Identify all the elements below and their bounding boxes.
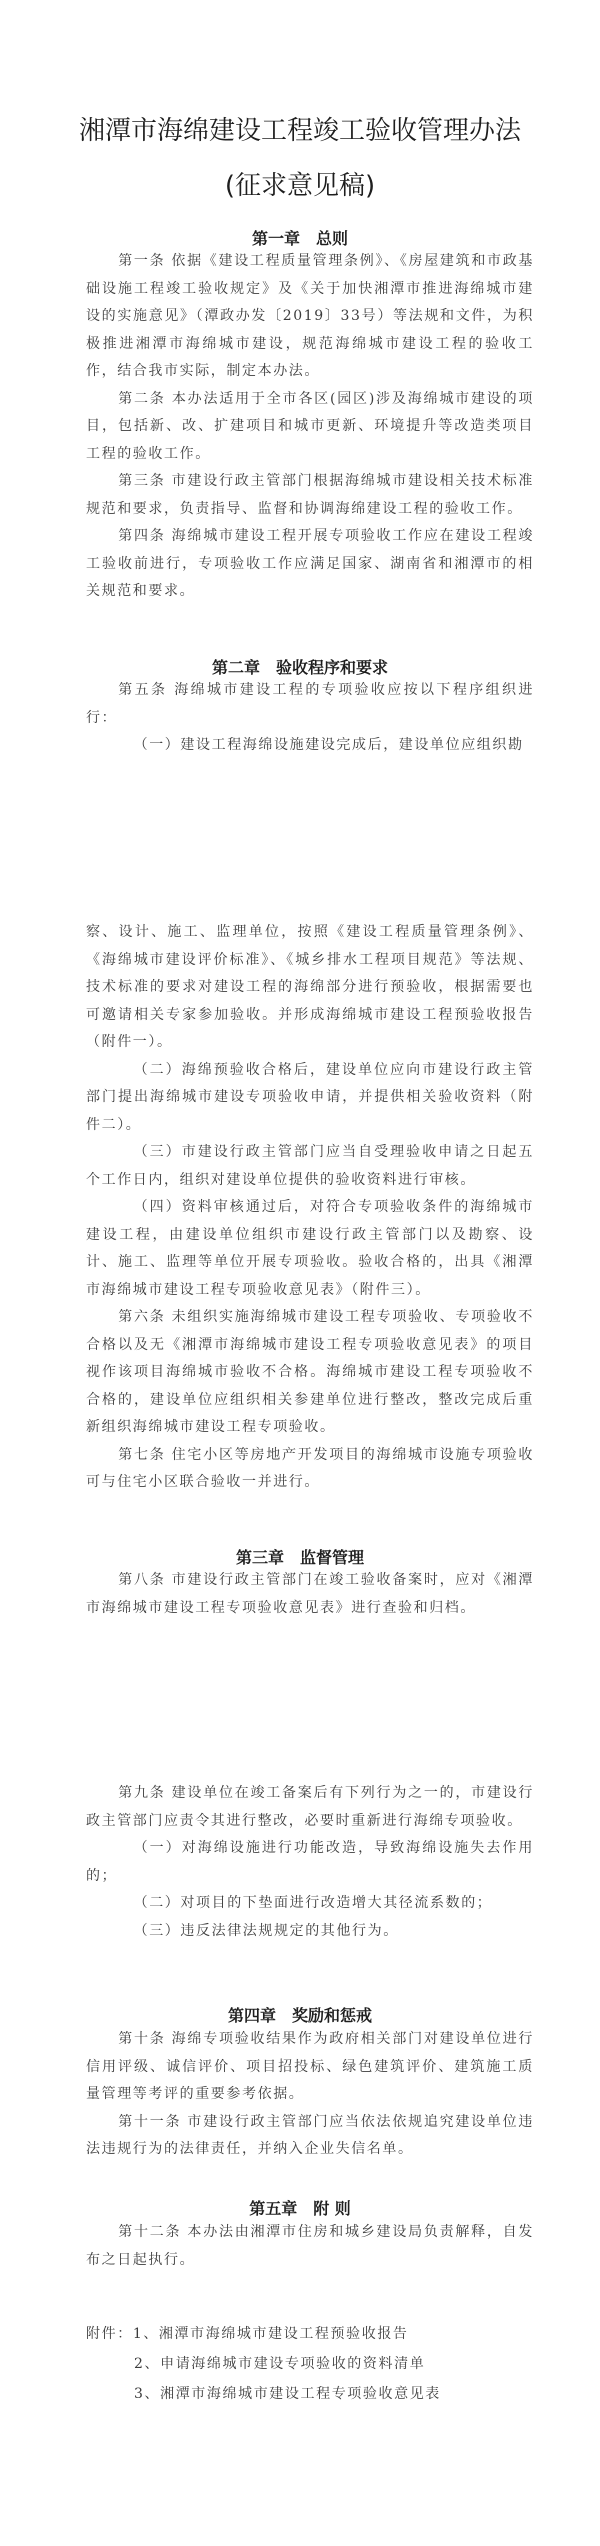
attachment-item-1: 附件：1、湘潭市海绵城市建设工程预验收报告	[86, 2319, 546, 2349]
article-9-item-1: （一）对海绵设施进行功能改造，导致海绵设施失去作用的；	[86, 1835, 534, 1890]
article-7: 第七条 住宅小区等房地产开发项目的海绵城市设施专项验收可与住宅小区联合验收一并进…	[86, 1442, 534, 1497]
article-5-item-2: （二）海绵预验收合格后，建设单位应向市建设行政主管部门提出海绵城市建设专项验收申…	[86, 1057, 534, 1140]
document-subtitle: (征求意见稿)	[0, 165, 600, 202]
chapter-4-body: 第十条 海绵专项验收结果作为政府相关部门对建设单位进行信用评级、诚信评价、项目招…	[86, 2026, 534, 2164]
chapter-3-body-part2: 第九条 建设单位在竣工备案后有下列行为之一的，市建设行政主管部门应责令其进行整改…	[86, 1780, 534, 1945]
attachment-item-3: 3、湘潭市海绵城市建设工程专项验收意见表	[86, 2379, 546, 2409]
attachment-item-2: 2、申请海绵城市建设专项验收的资料清单	[86, 2349, 546, 2379]
article-5-item-3: （三）市建设行政主管部门应当自受理验收申请之日起五个工作日内，组织对建设单位提供…	[86, 1139, 534, 1194]
article-5-item-4: （四）资料审核通过后，对符合专项验收条件的海绵城市建设工程，由建设单位组织市建设…	[86, 1194, 534, 1304]
article-8: 第八条 市建设行政主管部门在竣工验收备案时，应对《湘潭市海绵城市建设工程专项验收…	[86, 1567, 534, 1622]
article-2: 第二条 本办法适用于全市各区(园区)涉及海绵城市建设的项目，包括新、改、扩建项目…	[86, 386, 534, 469]
chapter-1-body: 第一条 依据《建设工程质量管理条例》、《房屋建筑和市政基础设施工程竣工验收规定》…	[86, 248, 534, 606]
chapter-1-heading: 第一章 总则	[0, 226, 600, 249]
article-5-item-1-start: （一）建设工程海绵设施建设完成后，建设单位应组织勘	[86, 732, 534, 760]
chapter-5-heading: 第五章 附 则	[0, 2196, 600, 2219]
article-10: 第十条 海绵专项验收结果作为政府相关部门对建设单位进行信用评级、诚信评价、项目招…	[86, 2026, 534, 2109]
attachments-list: 附件：1、湘潭市海绵城市建设工程预验收报告 2、申请海绵城市建设专项验收的资料清…	[86, 2319, 546, 2409]
article-5-item-1-cont: 察、设计、施工、监理单位，按照《建设工程质量管理条例》、《海绵城市建设评价标准》…	[86, 919, 534, 1057]
chapter-3-body-part1: 第八条 市建设行政主管部门在竣工验收备案时，应对《湘潭市海绵城市建设工程专项验收…	[86, 1567, 534, 1622]
article-9: 第九条 建设单位在竣工备案后有下列行为之一的，市建设行政主管部门应责令其进行整改…	[86, 1780, 534, 1835]
article-9-item-3: （三）违反法律法规规定的其他行为。	[86, 1918, 534, 1946]
chapter-2-heading: 第二章 验收程序和要求	[0, 655, 600, 678]
chapter-2-body-part2: 察、设计、施工、监理单位，按照《建设工程质量管理条例》、《海绵城市建设评价标准》…	[86, 919, 534, 1497]
article-11: 第十一条 市建设行政主管部门应当依法依规追究建设单位违法违规行为的法律责任，并纳…	[86, 2109, 534, 2164]
article-4: 第四条 海绵城市建设工程开展专项验收工作应在建设工程竣工验收前进行，专项验收工作…	[86, 523, 534, 606]
article-6: 第六条 未组织实施海绵城市建设工程专项验收、专项验收不合格以及无《湘潭市海绵城市…	[86, 1304, 534, 1442]
article-5: 第五条 海绵城市建设工程的专项验收应按以下程序组织进行：	[86, 677, 534, 732]
chapter-3-heading: 第三章 监督管理	[0, 1545, 600, 1568]
article-3: 第三条 市建设行政主管部门根据海绵城市建设相关技术标准规范和要求，负责指导、监督…	[86, 468, 534, 523]
attachment-1-text: 1、湘潭市海绵城市建设工程预验收报告	[133, 2326, 409, 2342]
chapter-2-body-part1: 第五条 海绵城市建设工程的专项验收应按以下程序组织进行： （一）建设工程海绵设施…	[86, 677, 534, 760]
attachments-label: 附件：	[86, 2326, 133, 2342]
chapter-5-body: 第十二条 本办法由湘潭市住房和城乡建设局负责解释，自发布之日起执行。	[86, 2219, 534, 2274]
chapter-4-heading: 第四章 奖励和惩戒	[0, 2003, 600, 2026]
article-9-item-2: （二）对项目的下垫面进行改造增大其径流系数的；	[86, 1890, 534, 1918]
document-title: 湘潭市海绵建设工程竣工验收管理办法	[0, 110, 600, 147]
article-12: 第十二条 本办法由湘潭市住房和城乡建设局负责解释，自发布之日起执行。	[86, 2219, 534, 2274]
article-1: 第一条 依据《建设工程质量管理条例》、《房屋建筑和市政基础设施工程竣工验收规定》…	[86, 248, 534, 386]
